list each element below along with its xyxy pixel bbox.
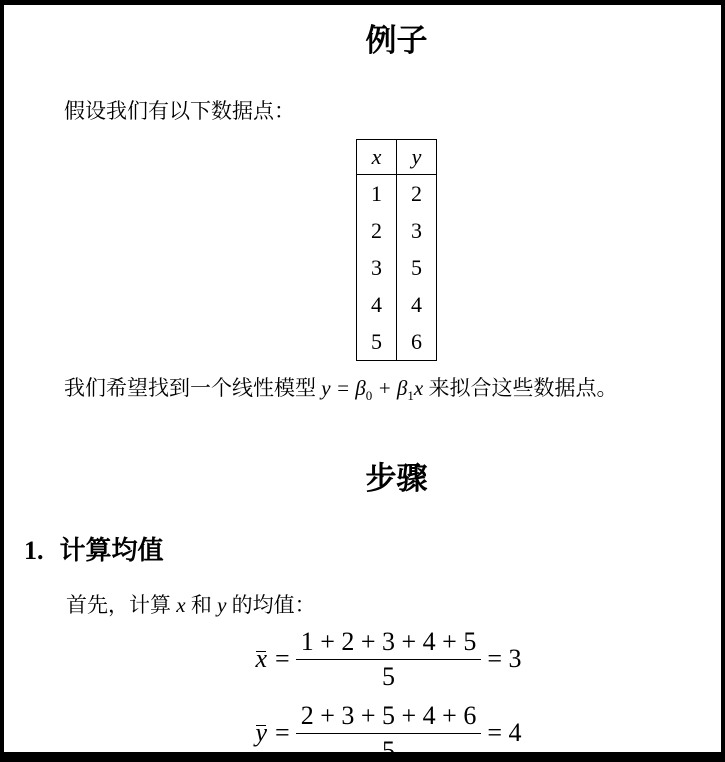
table-header-row: x y bbox=[357, 140, 437, 175]
cell-x: 3 bbox=[357, 249, 397, 286]
table-row: 3 5 bbox=[357, 249, 437, 286]
data-table: x y 1 2 2 3 3 5 bbox=[356, 139, 437, 361]
document-title: 例子 bbox=[72, 21, 721, 61]
ybar-symbol: y bbox=[253, 718, 269, 748]
formula-xbar: x=1 + 2 + 3 + 4 + 55= 3 bbox=[60, 627, 721, 691]
fraction-denominator: 5 bbox=[296, 734, 482, 752]
equals-sign: = bbox=[269, 644, 296, 673]
intro-text: 的均值： bbox=[226, 593, 315, 617]
math-var-y: y bbox=[217, 593, 226, 617]
table-row: 2 3 bbox=[357, 212, 437, 249]
formula-ybar: y=2 + 3 + 5 + 4 + 65= 4 bbox=[60, 701, 721, 752]
table-row: 5 6 bbox=[357, 323, 437, 361]
fraction: 2 + 3 + 5 + 4 + 65 bbox=[296, 701, 482, 752]
model-paragraph: 我们希望找到一个线性模型 y = β0 + β1x 来拟合这些数据点。 bbox=[24, 375, 701, 409]
table-row: 4 4 bbox=[357, 286, 437, 323]
fraction-denominator: 5 bbox=[296, 660, 482, 691]
xbar-symbol: x bbox=[253, 644, 269, 674]
cell-y: 5 bbox=[397, 249, 437, 286]
step1-number: 1. bbox=[24, 536, 44, 565]
math-part: x bbox=[414, 376, 423, 400]
math-inline: y = β0 + β1x bbox=[321, 376, 423, 400]
cell-x: 1 bbox=[357, 175, 397, 213]
intro-text: 和 bbox=[186, 593, 218, 617]
step1-heading: 1.计算均值 bbox=[24, 533, 721, 568]
intro-paragraph: 假设我们有以下数据点： bbox=[24, 98, 701, 125]
data-table-wrapper: x y 1 2 2 3 3 5 bbox=[72, 139, 721, 361]
cell-y: 4 bbox=[397, 286, 437, 323]
table-header-y: y bbox=[397, 140, 437, 175]
model-text-post: 来拟合这些数据点。 bbox=[423, 376, 617, 400]
step1-intro: 首先，计算 x 和 y 的均值： bbox=[66, 592, 701, 619]
model-text-pre: 我们希望找到一个线性模型 bbox=[64, 376, 321, 400]
cell-x: 4 bbox=[357, 286, 397, 323]
intro-text: 首先，计算 bbox=[66, 593, 176, 617]
fraction-numerator: 2 + 3 + 5 + 4 + 6 bbox=[296, 701, 482, 734]
math-part: y = β bbox=[321, 376, 365, 400]
page-frame: 例子 假设我们有以下数据点： x y 1 2 2 3 bbox=[0, 0, 725, 762]
document-page: 例子 假设我们有以下数据点： x y 1 2 2 3 bbox=[4, 5, 721, 752]
formula-result: = 3 bbox=[481, 644, 527, 673]
cell-y: 3 bbox=[397, 212, 437, 249]
step1-title: 计算均值 bbox=[60, 535, 164, 565]
table-header-x: x bbox=[357, 140, 397, 175]
section-heading: 步骤 bbox=[72, 459, 721, 499]
cell-y: 6 bbox=[397, 323, 437, 361]
fraction-numerator: 1 + 2 + 3 + 4 + 5 bbox=[296, 627, 482, 660]
math-var-x: x bbox=[176, 593, 185, 617]
cell-x: 2 bbox=[357, 212, 397, 249]
cell-x: 5 bbox=[357, 323, 397, 361]
formula-result: = 4 bbox=[481, 718, 527, 747]
cell-y: 2 bbox=[397, 175, 437, 213]
equals-sign: = bbox=[269, 718, 296, 747]
math-part: + β bbox=[372, 376, 407, 400]
fraction: 1 + 2 + 3 + 4 + 55 bbox=[296, 627, 482, 691]
table-row: 1 2 bbox=[357, 175, 437, 213]
